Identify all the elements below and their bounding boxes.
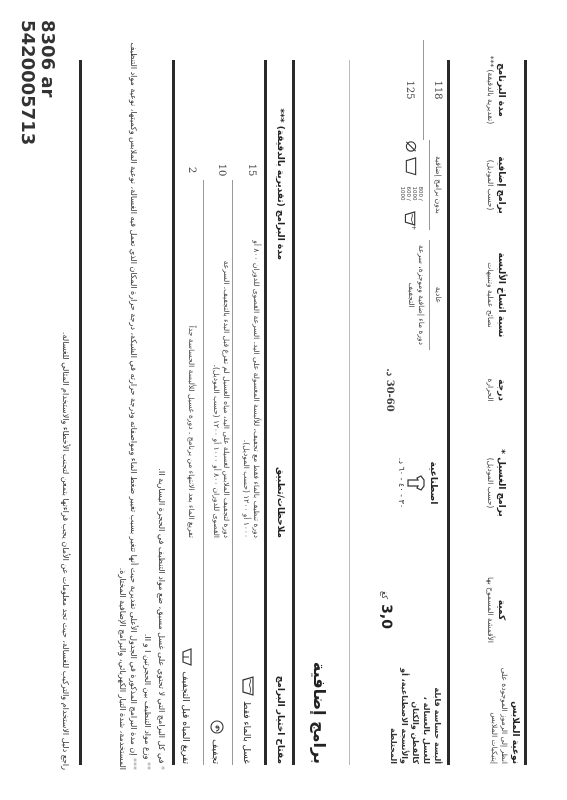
cell-divider (429, 240, 430, 350)
footnotes-top-rule (172, 60, 175, 765)
header-extras: برامج إضافية (حسب الموديل) (485, 140, 507, 230)
synthetic-shirt-icon (408, 473, 426, 493)
fabric-type: ألبسة حساسة قابلة للغسل بالغسالة ، كالقط… (388, 664, 443, 764)
additional-row-rinse: غسل بالماء فقط (240, 614, 259, 764)
load-value: 3,0 (378, 604, 394, 629)
document-code: 8306 ar 5420005713 (17, 20, 57, 145)
svg-text:+: + (410, 225, 418, 230)
footnotes: * في كل البرامج التي لا تحتوي على غسل مس… (117, 35, 167, 770)
additional-row-drain: تفريغ المياه قبل التجفيف (179, 604, 198, 764)
footnote-1: * في كل البرامج التي لا تحتوي على غسل مس… (156, 35, 167, 770)
header-programs: برامج الغسيل * (حسب الموديل) (485, 428, 507, 538)
manual-page: نوعية الملابس انظر إلى الرموز الموجودة ع… (0, 0, 567, 800)
soiling-cell: عادية دورة ماء إضافية وموجزة، سرعة التجف… (406, 240, 443, 350)
section-title: برامج إضافية (310, 662, 329, 764)
additional-top-rule (292, 60, 295, 765)
note-drain: تفريغ الماء بعد الانتهاء من برنامج . دور… (186, 208, 196, 538)
drain-icon (183, 648, 193, 666)
spin-spiral-icon (211, 720, 225, 734)
header-duration-2: مدة البرامج (تقديرية بالدقيقة) *** (274, 108, 286, 260)
header-load: كمية الأقمشة المسموح بها (485, 570, 507, 650)
header-soiling: نسبة اتساخ الألبسة نصائح عملية وتنبيهات (485, 240, 507, 350)
table-header-rule (447, 60, 450, 765)
temperature-value: 30-60 د. (384, 360, 395, 420)
extras-cell: بدون برامج إضافية 800 / 1000 600 / 1000 … (399, 140, 443, 230)
header-notes: ملاحظات/تطبيق (274, 467, 286, 538)
section-rule (349, 60, 350, 765)
load-cell: 3,0 كغ (378, 570, 397, 650)
table-top-rule (524, 60, 527, 765)
wash-tub-icon (405, 157, 417, 176)
program-temps: ٣٠ - ٤٠ - ٦٠ د. (397, 428, 408, 538)
spin-speeds: 800 / 1000 600 / 1000 (399, 180, 423, 208)
footnote-2: ** وزع مواد التنظيف بين الحجرتين I و II. (142, 35, 153, 770)
note-rinse: دورة تنظيف بالماء فقط مع تجفيف، للألبسة … (241, 238, 261, 538)
header-fabric: نوعية الملابس انظر إلى الرموز الموجودة ع… (489, 664, 521, 764)
extra-rinse-icon: + (404, 211, 418, 230)
footnote-3: *** إن مدة البرامج المذكورة في الجدول ال… (117, 35, 139, 770)
header-duration: مدة البرنامج (تقديرية بالدقيقة) *** (485, 40, 507, 140)
additional-header-rule (264, 60, 267, 765)
duration-rinse: 15 (246, 140, 257, 200)
program-name: اصطناعية (427, 428, 439, 538)
row-divider (232, 180, 233, 765)
note-spin: دورة لتجفيف الملابس لغسيلة على اليد، ميا… (211, 238, 231, 538)
bottom-note: راجع دليل الاستخدام والتركيب للغسالة، حي… (60, 35, 71, 770)
rinse-tub-icon (243, 676, 255, 696)
additional-row-spin: تجفيف (209, 614, 228, 764)
duration-drain: 2 (186, 140, 197, 200)
footnotes-bottom-rule (79, 60, 82, 765)
program-cell: اصطناعية ٣٠ - ٤٠ - ٦٠ د. (397, 428, 440, 538)
duration-cell: 118 125 (404, 40, 443, 140)
load-unit: كغ (380, 591, 389, 599)
no-spin-icon (404, 140, 418, 153)
header-temperature: درجة الحرارة (485, 360, 507, 420)
cell-divider (423, 40, 424, 140)
cell-divider (429, 140, 430, 230)
header-selector: مفتاح اختيار البرامج (274, 676, 286, 764)
extras-icons: 800 / 1000 600 / 1000 + (399, 140, 423, 230)
row-divider (203, 180, 204, 765)
duration-spin: 10 (216, 140, 227, 200)
